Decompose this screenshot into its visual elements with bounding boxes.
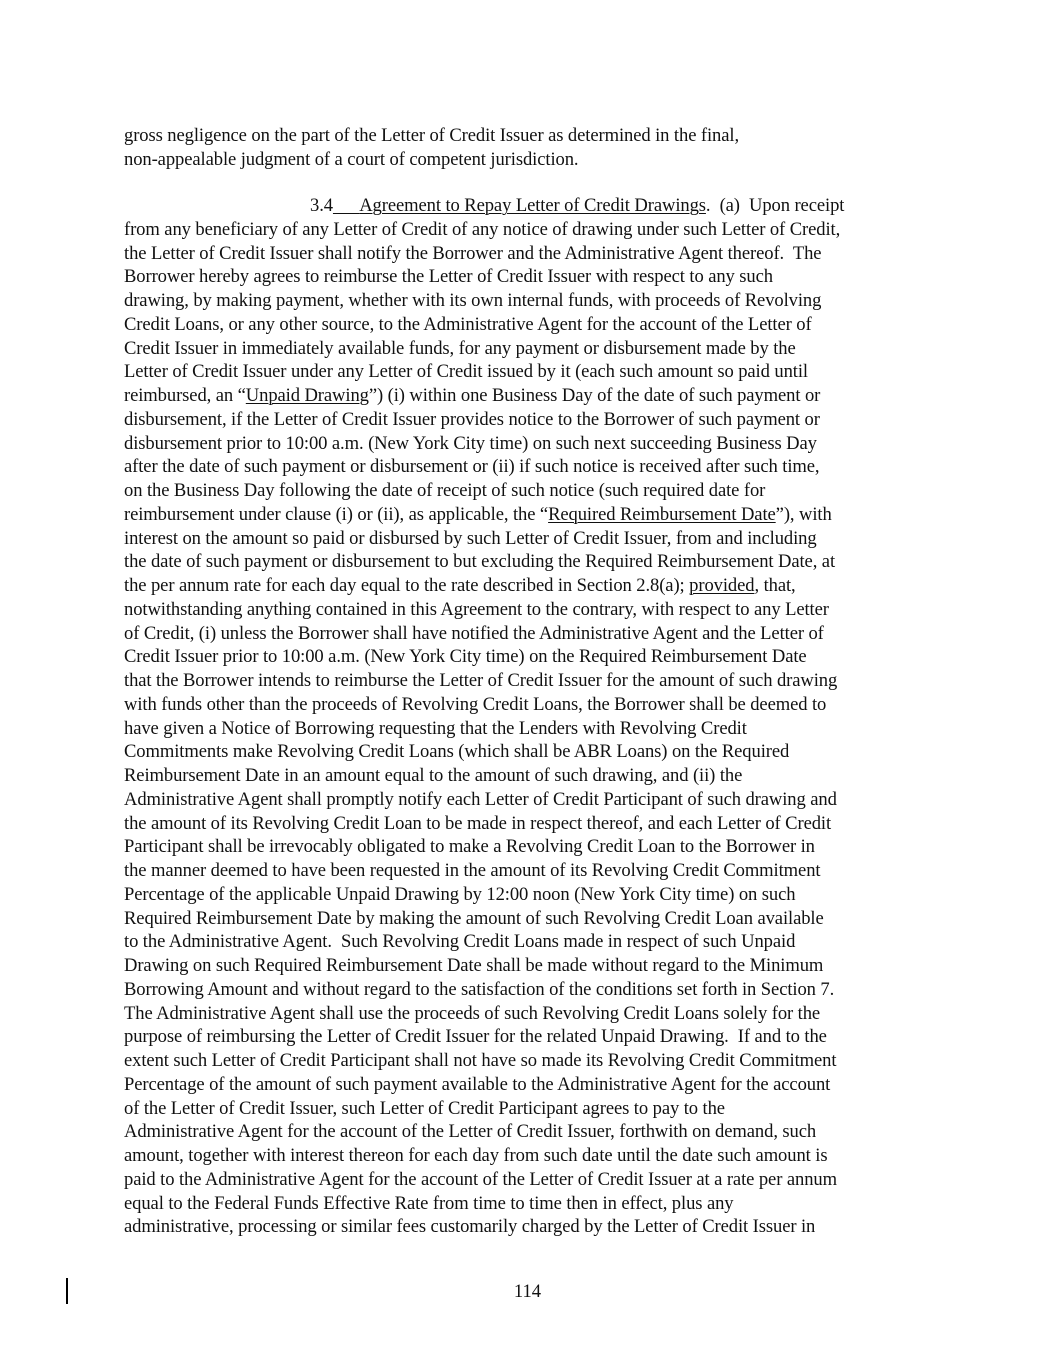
body-text-line: reimbursement under clause (i) or (ii), …	[124, 503, 832, 527]
body-text-line: with funds other than the proceeds of Re…	[124, 693, 826, 717]
defined-term-unpaid-drawing: Unpaid Drawing	[246, 385, 369, 406]
text-fragment: ”) (i) within one Business Day of the da…	[369, 385, 820, 406]
section-number: 3.4	[310, 195, 333, 216]
section-tab-underline	[333, 195, 359, 216]
text-fragment: reimbursed, an “	[124, 385, 246, 406]
body-text-line: The Administrative Agent shall use the p…	[124, 1002, 820, 1026]
section-title-suffix: . (a) Upon receipt	[706, 195, 844, 216]
defined-term-required-reimbursement-date: Required Reimbursement Date	[548, 504, 776, 525]
text-fragment: reimbursement under clause (i) or (ii), …	[124, 504, 548, 525]
body-text-line: reimbursed, an “Unpaid Drawing”) (i) wit…	[124, 384, 820, 408]
body-text-line: of the Letter of Credit Issuer, such Let…	[124, 1097, 725, 1121]
body-text-line: Borrower hereby agrees to reimburse the …	[124, 265, 773, 289]
body-text-line: Credit Issuer prior to 10:00 a.m. (New Y…	[124, 645, 807, 669]
body-text-line: Borrowing Amount and without regard to t…	[124, 978, 834, 1002]
body-text-line: Percentage of the amount of such payment…	[124, 1073, 830, 1097]
body-text-line: the Letter of Credit Issuer shall notify…	[124, 242, 821, 266]
body-text-line: have given a Notice of Borrowing request…	[124, 717, 747, 741]
text-fragment: the per annum rate for each day equal to…	[124, 575, 689, 596]
body-text-line: purpose of reimbursing the Letter of Cre…	[124, 1025, 827, 1049]
body-text-line: non-appealable judgment of a court of co…	[124, 148, 578, 172]
body-text-line: to the Administrative Agent. Such Revolv…	[124, 930, 795, 954]
body-text-line: Required Reimbursement Date by making th…	[124, 907, 824, 931]
body-text-line: the per annum rate for each day equal to…	[124, 574, 796, 598]
body-text-line: Letter of Credit Issuer under any Letter…	[124, 360, 808, 384]
provided-term: provided	[689, 575, 754, 596]
body-text-line: that the Borrower intends to reimburse t…	[124, 669, 837, 693]
body-text-line: Administrative Agent shall promptly noti…	[124, 788, 837, 812]
body-text-line: the date of such payment or disbursement…	[124, 550, 835, 574]
body-text-line: Drawing on such Required Reimbursement D…	[124, 954, 823, 978]
body-text-line: Percentage of the applicable Unpaid Draw…	[124, 883, 795, 907]
body-text-line: drawing, by making payment, whether with…	[124, 289, 821, 313]
body-text-line: from any beneficiary of any Letter of Cr…	[124, 218, 840, 242]
body-text-line: notwithstanding anything contained in th…	[124, 598, 829, 622]
body-text-line: paid to the Administrative Agent for the…	[124, 1168, 837, 1192]
document-page: gross negligence on the part of the Lett…	[0, 0, 1055, 1365]
page-number: 114	[0, 1281, 1055, 1303]
body-text-line: of Credit, (i) unless the Borrower shall…	[124, 622, 824, 646]
body-text-line: Commitments make Revolving Credit Loans …	[124, 740, 789, 764]
body-text-line: Credit Issuer in immediately available f…	[124, 337, 796, 361]
body-text-line: disbursement, if the Letter of Credit Is…	[124, 408, 820, 432]
body-text-line: the amount of its Revolving Credit Loan …	[124, 812, 831, 836]
body-text-line: the manner deemed to have been requested…	[124, 859, 820, 883]
body-text-line: administrative, processing or similar fe…	[124, 1215, 815, 1239]
body-text-line: Reimbursement Date in an amount equal to…	[124, 764, 742, 788]
body-text-line: on the Business Day following the date o…	[124, 479, 765, 503]
section-title: Agreement to Repay Letter of Credit Draw…	[359, 195, 706, 216]
body-text-line: after the date of such payment or disbur…	[124, 455, 819, 479]
section-heading: 3.4 Agreement to Repay Letter of Credit …	[310, 194, 844, 218]
body-text-line: extent such Letter of Credit Participant…	[124, 1049, 836, 1073]
body-text-line: equal to the Federal Funds Effective Rat…	[124, 1192, 734, 1216]
body-text-line: interest on the amount so paid or disbur…	[124, 527, 817, 551]
body-text-line: amount, together with interest thereon f…	[124, 1144, 827, 1168]
body-text-line: Credit Loans, or any other source, to th…	[124, 313, 812, 337]
text-fragment: ”), with	[776, 504, 832, 525]
body-text-line: Administrative Agent for the account of …	[124, 1120, 816, 1144]
text-fragment: , that,	[754, 575, 795, 596]
body-text-line: disbursement prior to 10:00 a.m. (New Yo…	[124, 432, 817, 456]
body-text-line: gross negligence on the part of the Lett…	[124, 124, 739, 148]
body-text-line: Participant shall be irrevocably obligat…	[124, 835, 815, 859]
